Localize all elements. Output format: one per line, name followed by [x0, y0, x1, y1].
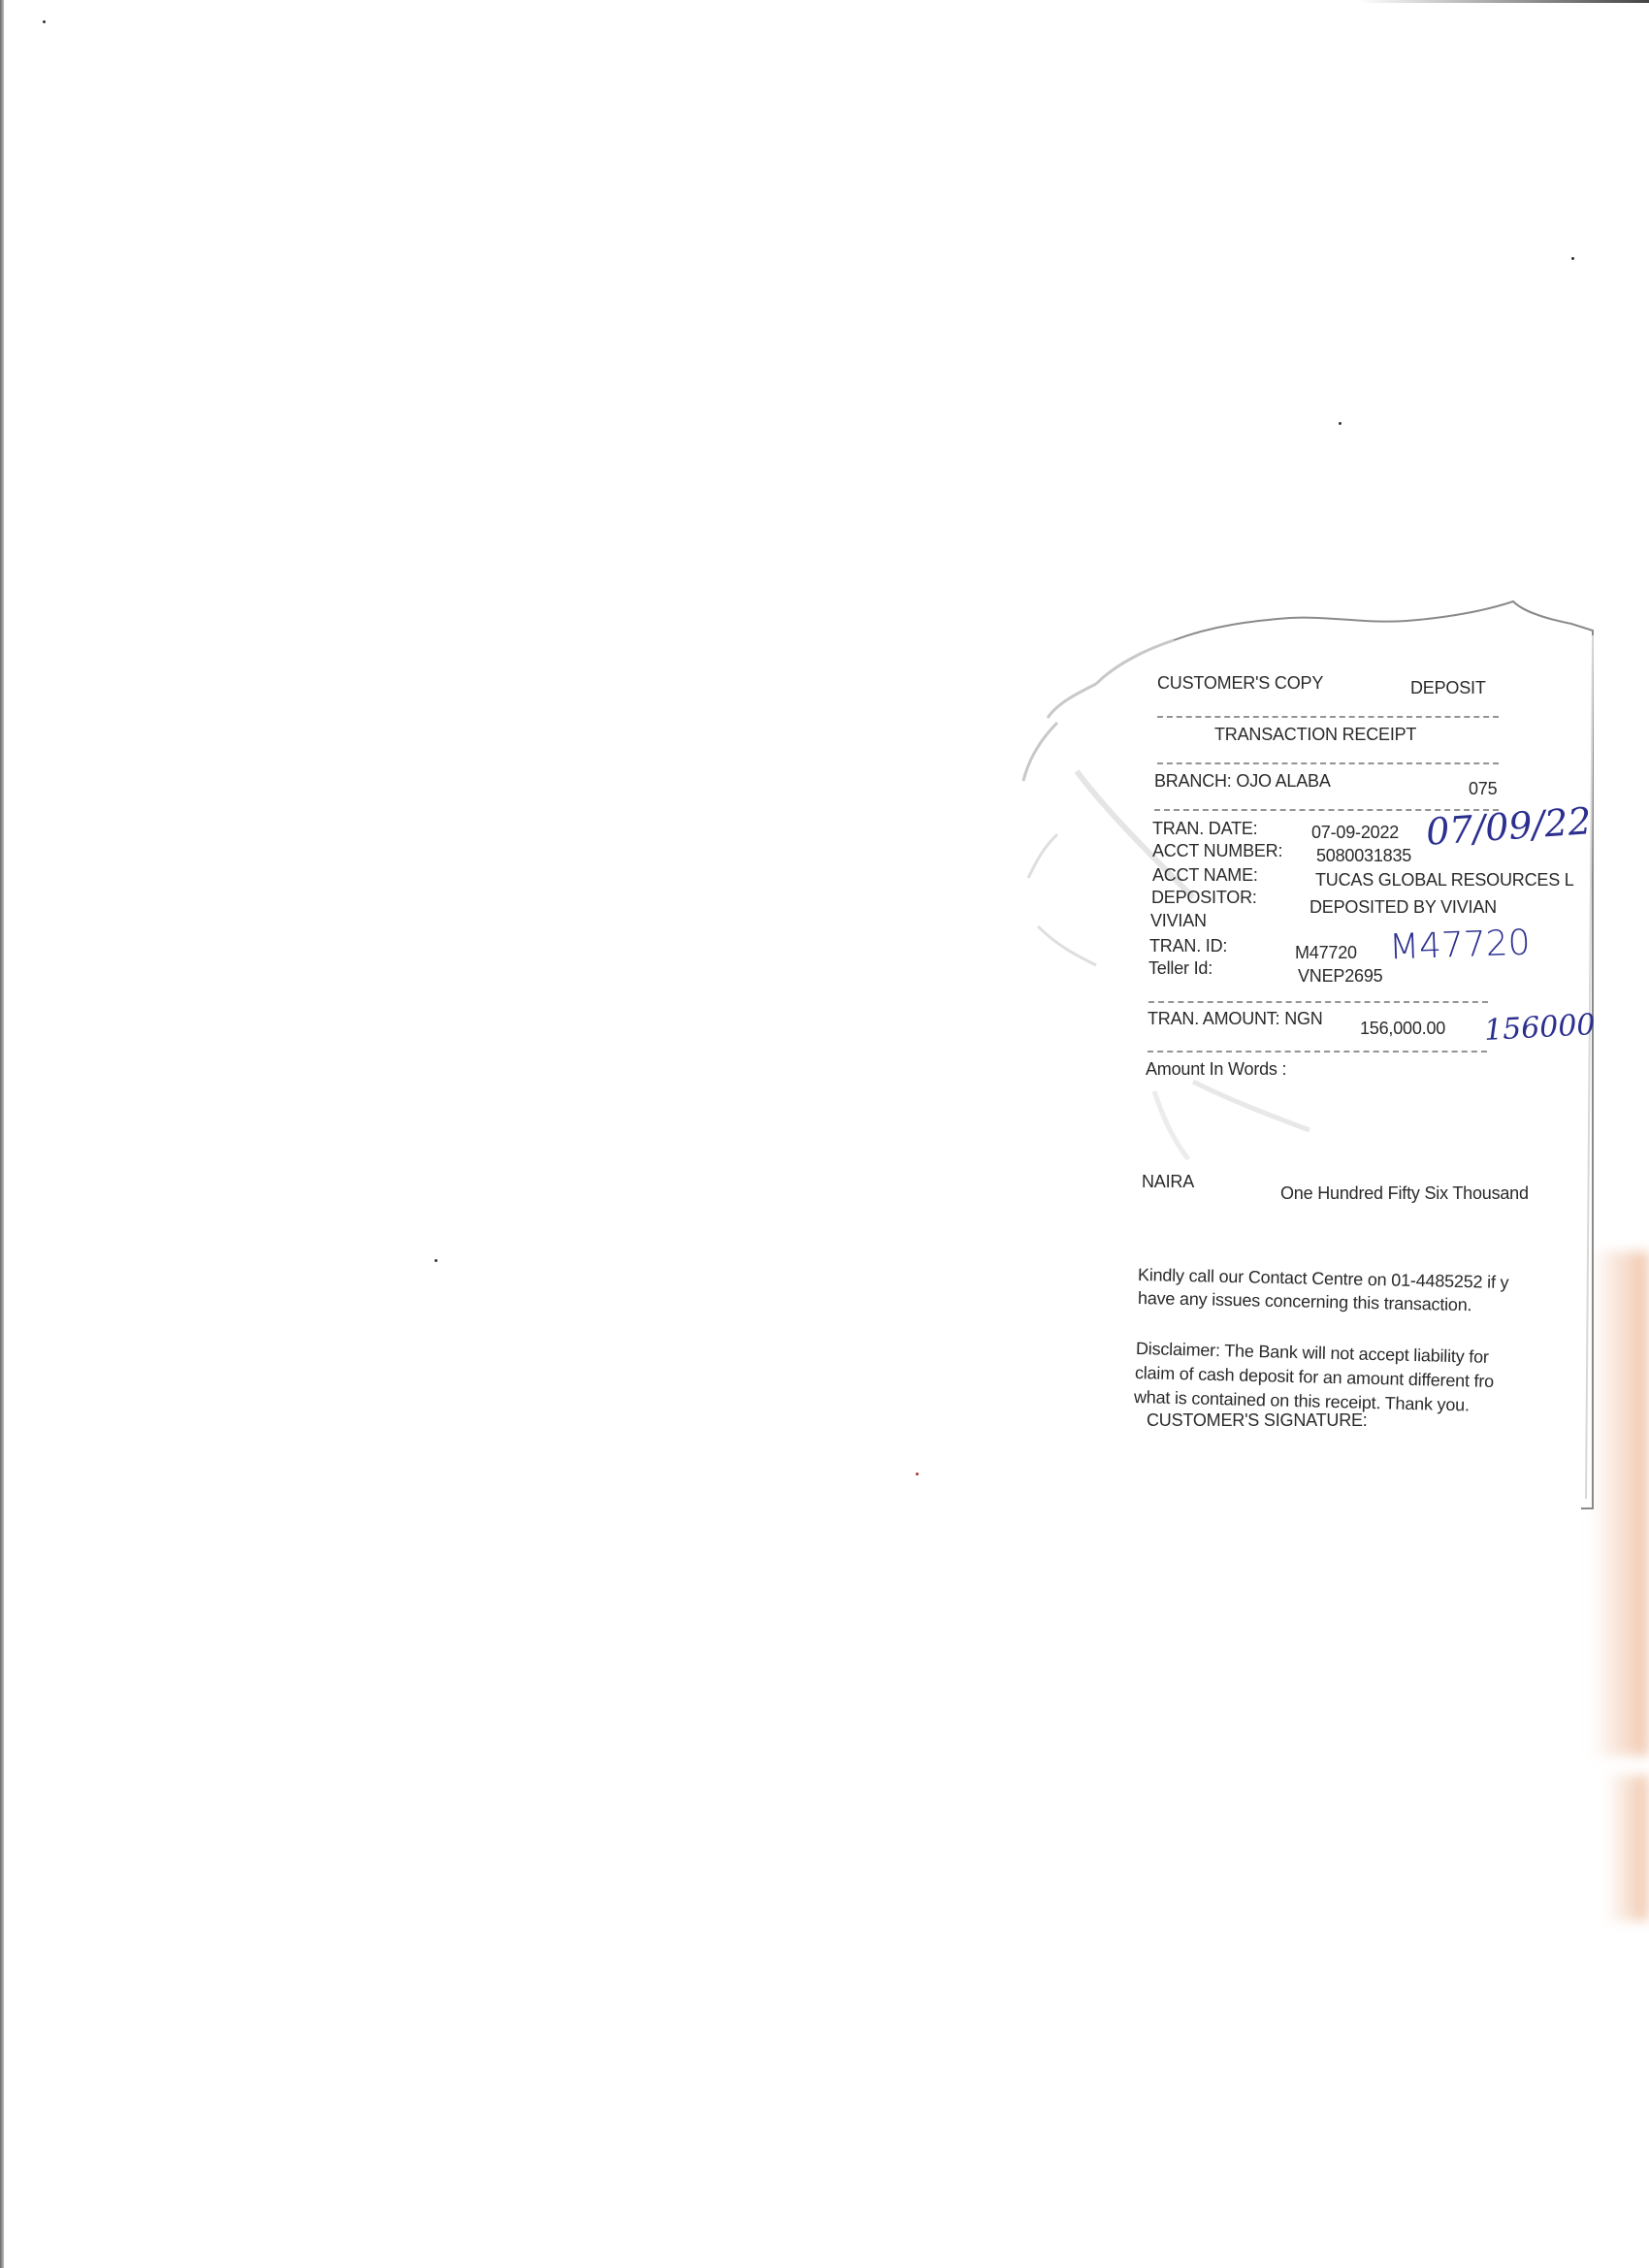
- field-value-acct-name: TUCAS GLOBAL RESOURCES L: [1315, 870, 1574, 891]
- dust-speck: [1571, 257, 1574, 260]
- field-label-acct-name: ACCT NAME:: [1152, 865, 1258, 886]
- copy-label: CUSTOMER'S COPY: [1157, 673, 1323, 694]
- field-value-tran-id: M47720: [1295, 943, 1357, 963]
- paper-stain: [1605, 1775, 1649, 1921]
- amount-value: 156,000.00: [1360, 1019, 1445, 1039]
- field-label-tran-id: TRAN. ID:: [1149, 936, 1227, 956]
- divider: [1157, 762, 1499, 764]
- field-value-tran-date: 07-09-2022: [1311, 823, 1399, 843]
- depositor-name-overflow: VIVIAN: [1150, 911, 1207, 931]
- dust-speck: [435, 1259, 437, 1262]
- divider: [1157, 716, 1499, 718]
- signature-label: CUSTOMER'S SIGNATURE:: [1147, 1410, 1368, 1431]
- field-value-depositor: DEPOSITED BY VIVIAN: [1309, 897, 1497, 918]
- field-label-tran-date: TRAN. DATE:: [1152, 819, 1257, 839]
- amount-in-words-label: Amount In Words :: [1146, 1059, 1286, 1080]
- handwritten-amount: 156000: [1483, 1008, 1596, 1048]
- field-label-depositor: DEPOSITOR:: [1151, 888, 1257, 908]
- field-value-acct-number: 5080031835: [1316, 846, 1411, 866]
- dust-speck: [43, 20, 46, 23]
- handwritten-tran-id: M47720: [1388, 923, 1531, 967]
- transaction-type: DEPOSIT: [1410, 678, 1486, 698]
- divider: [1148, 1051, 1487, 1053]
- divider: [1148, 1001, 1488, 1003]
- branch-code: 075: [1469, 779, 1497, 799]
- amount-currency: NAIRA: [1142, 1172, 1194, 1192]
- field-value-teller-id: VNEP2695: [1298, 966, 1382, 987]
- receipt-title: TRANSACTION RECEIPT: [1214, 725, 1416, 745]
- scan-edge-left: [0, 0, 4, 2268]
- field-label-teller-id: Teller Id:: [1148, 958, 1212, 979]
- amount-label: TRAN. AMOUNT: NGN: [1148, 1009, 1323, 1029]
- amount-in-words: One Hundred Fifty Six Thousand: [1280, 1183, 1529, 1204]
- branch-label: BRANCH: OJO ALABA: [1154, 771, 1331, 792]
- dust-speck: [916, 1473, 919, 1475]
- field-label-acct-number: ACCT NUMBER:: [1152, 841, 1282, 861]
- scan-edge-top: [1358, 0, 1649, 3]
- dust-speck: [1339, 422, 1342, 425]
- paper-stain: [1591, 1251, 1649, 1756]
